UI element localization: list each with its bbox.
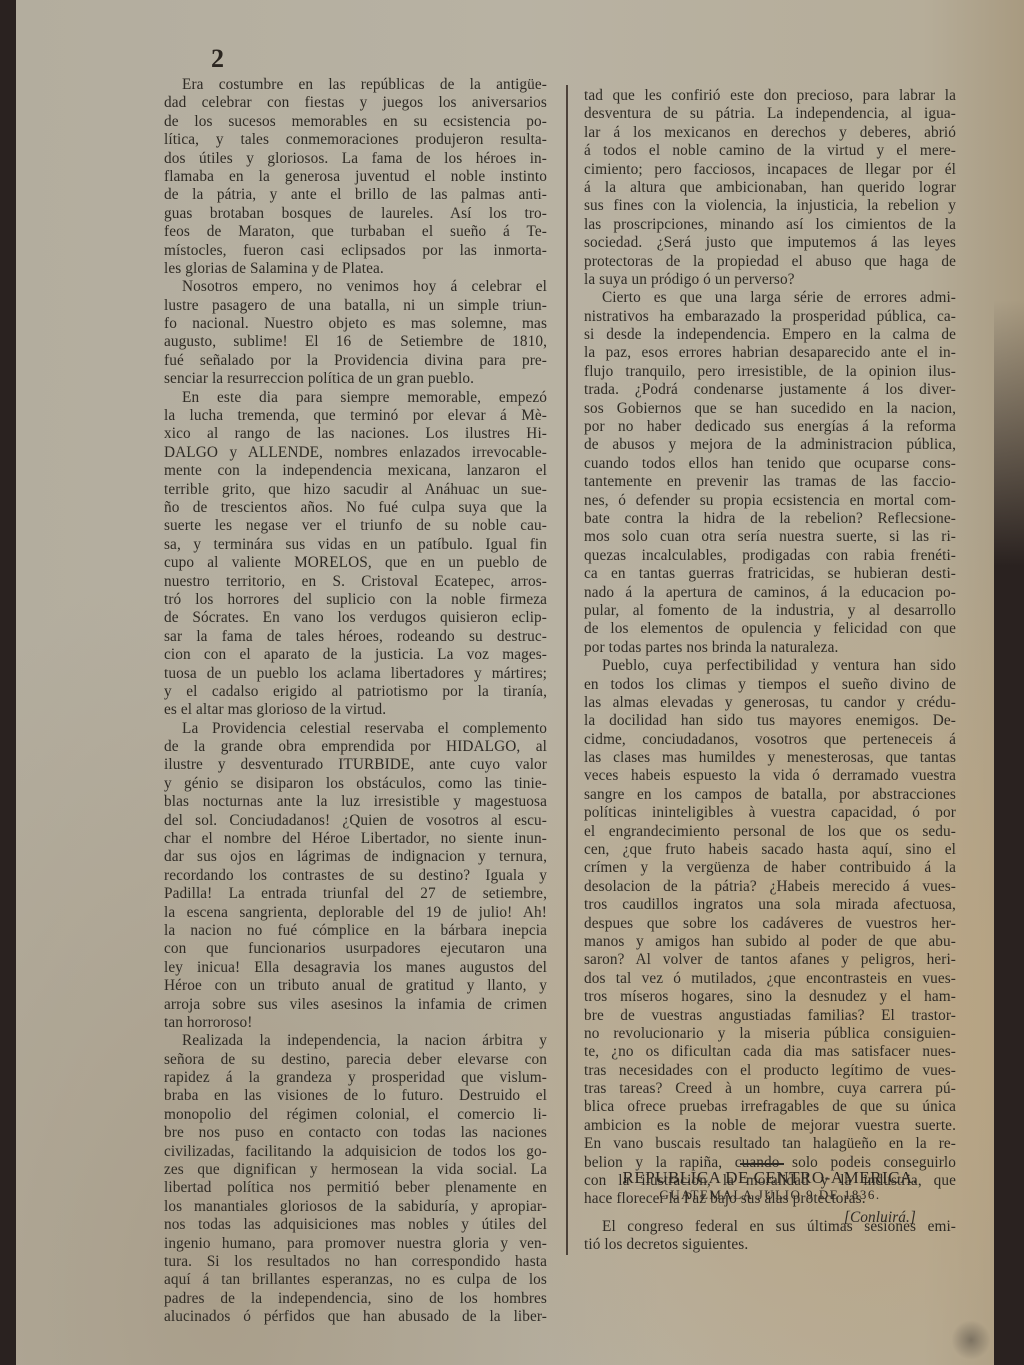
text-line: desventura de su pátria. La independenci… bbox=[584, 105, 956, 123]
text-line: tras tareas? Creed à un hombre, cuya car… bbox=[584, 1080, 956, 1098]
text-line: lítica, y tales conmemoraciones produjer… bbox=[164, 131, 547, 149]
text-line: si desde la independencia. Empero en la … bbox=[584, 326, 956, 344]
text-line: libertad política nos permitió beber ple… bbox=[164, 1179, 547, 1197]
text-line: políticas ininteligibles à vuestra capac… bbox=[584, 804, 956, 822]
text-line: ley inicua! Ella desagravia los manes au… bbox=[164, 959, 547, 977]
text-line: feos de Maraton, que turbaban el sueño á… bbox=[164, 223, 547, 241]
text-line: ño de trescientos años. No fué culpa suy… bbox=[164, 499, 547, 517]
text-line: de abusos y mejora de la administracion … bbox=[584, 436, 956, 454]
text-line: blica ofrece pruebas irrefragables de qu… bbox=[584, 1098, 956, 1116]
text-line: cimiento; pero facciosos, incapaces de l… bbox=[584, 161, 956, 179]
text-line: la nacion no fué cómplice en la bárbara … bbox=[164, 922, 547, 940]
text-line: rapidez á la grandeza y prosperidad que … bbox=[164, 1069, 547, 1087]
text-line: y génio se disiparon los obstáculos, com… bbox=[164, 775, 547, 793]
text-line: por no haber dedicado sus energías á la … bbox=[584, 418, 956, 436]
text-line: dar sus ojos en lágrimas de indignacion … bbox=[164, 848, 547, 866]
text-line: mos solo cuan otra sería nuestra suerte,… bbox=[584, 528, 956, 546]
text-line: guas brotaban bosques de laureles. Así l… bbox=[164, 205, 547, 223]
text-line: de la grande obra emprendida por HIDALGO… bbox=[164, 738, 547, 756]
text-line: despues que sobre los cadáveres de vuest… bbox=[584, 915, 956, 933]
text-line: nistrativos ha embarazado la prosperidad… bbox=[584, 308, 956, 326]
text-line: terrible grito, que hizo sacudir al Anáh… bbox=[164, 481, 547, 499]
column-rule bbox=[566, 85, 568, 1255]
text-line: padres de la independencia, sino de los … bbox=[164, 1290, 547, 1308]
right-column: tad que les confirió este don precioso, … bbox=[584, 87, 956, 1227]
text-line: suerte les negase ver el triunfo de su n… bbox=[164, 517, 547, 535]
text-line: char el nombre del Héroe Libertador, no … bbox=[164, 830, 547, 848]
text-line: sangre en los campos de batalla, por abs… bbox=[584, 786, 956, 804]
text-line: del sol. Conciudadanos! ¿Quien de vosotr… bbox=[164, 812, 547, 830]
text-line: tros míseros hogares, sino la desnudez y… bbox=[584, 988, 956, 1006]
text-line: mente con la independencia mexicana, lan… bbox=[164, 462, 547, 480]
text-line: ilustre y desventurado ITURBIDE, ante cu… bbox=[164, 756, 547, 774]
text-line: de los sucesos memorables en su ecsisten… bbox=[164, 113, 547, 131]
text-line: recordando los contrastes de su destino?… bbox=[164, 867, 547, 885]
text-line: de la pátria, y ante el brillo de las pa… bbox=[164, 186, 547, 204]
text-line: alucinados ó pérfidos que han abusado de… bbox=[164, 1308, 547, 1326]
text-line: tró los horrores del suplicio con la nob… bbox=[164, 591, 547, 609]
text-line: con que funcionarios usurpadores ejecuta… bbox=[164, 940, 547, 958]
text-line: sos Gobiernos que se han sucedido en la … bbox=[584, 400, 956, 418]
text-line: lar á los mexicanos en derechos y debere… bbox=[584, 124, 956, 142]
text-line: tura. Si los resultados no han correspon… bbox=[164, 1253, 547, 1271]
text-line: En vano buscais resultado tan halagüeño … bbox=[584, 1135, 956, 1153]
text-line: la suya un pródigo ó un perverso? bbox=[584, 271, 956, 289]
section-title: REPUBLICA DE CENTRO-AMERICA. bbox=[584, 1168, 956, 1188]
text-line: sar la fama de tales héroes, rodeando su… bbox=[164, 628, 547, 646]
text-line: te, ¿no os dificultan cada dia mas satis… bbox=[584, 1043, 956, 1061]
text-line: Era costumbre en las repúblicas de la an… bbox=[164, 76, 547, 94]
text-line: lustre pasagero de una batalla, ni un si… bbox=[164, 297, 547, 315]
text-line: protectoras de la propiedad el abuso que… bbox=[584, 253, 956, 271]
text-line: monopolio del régimen colonial, el comer… bbox=[164, 1106, 547, 1124]
text-line: cen, ¿que fruto habeis sacado hasta aquí… bbox=[584, 841, 956, 859]
text-line: nado á la apertura de caminos, á la educ… bbox=[584, 584, 956, 602]
text-line: el engrandecimiento personal de los que … bbox=[584, 823, 956, 841]
text-line: dad celebrar con fiestas y juegos los an… bbox=[164, 94, 547, 112]
text-line: los manantiales gloriosos de la sabidurí… bbox=[164, 1198, 547, 1216]
text-line: por todas partes nos brinda la naturalez… bbox=[584, 639, 956, 657]
text-line: flujo tranquilo, pero irresistible, de l… bbox=[584, 363, 956, 381]
text-line: senciar la resurreccion política de un g… bbox=[164, 370, 547, 388]
text-line: blas nocturnas ante la luz irresistible … bbox=[164, 793, 547, 811]
text-line: crímen y la vergüenza de haber contribui… bbox=[584, 859, 956, 877]
page-edge-shadow bbox=[994, 300, 1024, 1365]
text-line: en todos los climas y tiempos el sueño d… bbox=[584, 676, 956, 694]
text-line: ambicion es la noble de mejorar vuestra … bbox=[584, 1117, 956, 1135]
text-line: de Sócrates. En vano los verdugos quisie… bbox=[164, 609, 547, 627]
text-line: cion con el aparato de la justicia. La v… bbox=[164, 646, 547, 664]
text-line: tan horroroso! bbox=[164, 1014, 547, 1032]
text-line: bate contra la hidra de la rebelion? Ref… bbox=[584, 510, 956, 528]
text-line: El congreso federal en sus últimas sesio… bbox=[584, 1218, 956, 1236]
text-line: aquí á tan brillantes esperanzas, no es … bbox=[164, 1271, 547, 1289]
text-line: nos todas las adquisiciones mas nobles y… bbox=[164, 1216, 547, 1234]
text-line: sociedad. ¿Será justo que imputemos á la… bbox=[584, 234, 956, 252]
text-line: sus fines con la violencia, la injustici… bbox=[584, 197, 956, 215]
text-line: augusto, sublime! El 16 de Setiembre de … bbox=[164, 333, 547, 351]
text-line: En este dia para siempre memorable, empe… bbox=[164, 389, 547, 407]
text-line: tió los decretos siguientes. bbox=[584, 1236, 956, 1254]
text-line: veces habeis espuesto la vida ó derramad… bbox=[584, 767, 956, 785]
text-line: y el cadalso erigido al patriotismo por … bbox=[164, 683, 547, 701]
text-line: tad que les confirió este don precioso, … bbox=[584, 87, 956, 105]
text-line: les glorias de Salamina y de Platea. bbox=[164, 260, 547, 278]
text-line: místocles, fueron casi eclipsados por la… bbox=[164, 242, 547, 260]
text-line: cuando todos ellos han tenido que ocupar… bbox=[584, 455, 956, 473]
text-line: de los elementos de opulencia y felicida… bbox=[584, 620, 956, 638]
text-line: manos y amigos han subido al poder de qu… bbox=[584, 933, 956, 951]
text-line: DALGO y ALLENDE, nombres enlazados irrev… bbox=[164, 444, 547, 462]
text-line: la docilidad han sido tus mayores enemig… bbox=[584, 712, 956, 730]
text-line: nes, ó defender su propia ecsistencia en… bbox=[584, 492, 956, 510]
text-line: es el altar mas glorioso de la virtud. bbox=[164, 701, 547, 719]
text-line: nuestro territorio, en S. Cristoval Ecat… bbox=[164, 573, 547, 591]
text-line: Pueblo, cuya perfectibilidad y ventura h… bbox=[584, 657, 956, 675]
text-line: fo nacional. Nuestro objeto es mas solem… bbox=[164, 315, 547, 333]
text-line: Realizada la independencia, la nacion ár… bbox=[164, 1032, 547, 1050]
text-line: bre de vuestras angustiadas familias? El… bbox=[584, 1007, 956, 1025]
text-line: Héroe con un tributo anual de gratitud y… bbox=[164, 977, 547, 995]
text-line: saron? Al volver de tantos afanes y peli… bbox=[584, 951, 956, 969]
text-line: tuosa de un pueblo los aclama libertador… bbox=[164, 665, 547, 683]
text-line: zes que dignifican y hermosean la vida s… bbox=[164, 1161, 547, 1179]
text-line: señora de su destino, parecia deber elev… bbox=[164, 1051, 547, 1069]
text-line: las proscripciones, minando así los cimi… bbox=[584, 216, 956, 234]
section-dateline: GUATEMALA JULIO 9 DE 1836. bbox=[584, 1187, 956, 1203]
text-line: cidme, conciudadanos, vosotros que perte… bbox=[584, 731, 956, 749]
text-line: pular, al fomento de la industria, y al … bbox=[584, 602, 956, 620]
text-line: flamaba en la generosa juventud el noble… bbox=[164, 168, 547, 186]
text-line: Padilla! La entrada triunfal del 27 de s… bbox=[164, 885, 547, 903]
text-line: cupo al valiente MORELOS, que en un pueb… bbox=[164, 554, 547, 572]
text-line: la escena sangrienta, deplorable del 19 … bbox=[164, 904, 547, 922]
section-body: El congreso federal en sus últimas sesio… bbox=[584, 1218, 956, 1255]
text-line: ca en tantas guerras fratricidas, se hub… bbox=[584, 565, 956, 583]
text-line: Nosotros empero, no venimos hoy á celebr… bbox=[164, 278, 547, 296]
text-line: tantemente en prevenir las tramas de las… bbox=[584, 473, 956, 491]
text-line: tras necesidades con el producto legítim… bbox=[584, 1062, 956, 1080]
text-line: braba en las visiones de lo futuro. Dest… bbox=[164, 1087, 547, 1105]
page-number: 2 bbox=[211, 44, 224, 74]
text-line: dos útiles y gloriosos. La fama de los h… bbox=[164, 150, 547, 168]
text-line: quezas incalculables, prodigadas con rab… bbox=[584, 547, 956, 565]
text-line: trada. ¿Podrá condenarse justamente á lo… bbox=[584, 381, 956, 399]
text-line: bre nos puso en contacto con todas las n… bbox=[164, 1124, 547, 1142]
text-line: la lucha tremenda, que terminó por eleva… bbox=[164, 407, 547, 425]
left-column: Era costumbre en las repúblicas de la an… bbox=[164, 76, 547, 1327]
section-divider bbox=[740, 1163, 784, 1165]
text-line: Cierto es que una larga série de errores… bbox=[584, 289, 956, 307]
text-line: arroja sobre sus viles asesinos la infam… bbox=[164, 996, 547, 1014]
ink-stain bbox=[951, 1320, 991, 1360]
text-line: la paz, esos errores habrian desaparecid… bbox=[584, 344, 956, 362]
text-line: tros caudillos ingratos una sola mirada … bbox=[584, 896, 956, 914]
text-line: las clases mas humildes y menesterosas, … bbox=[584, 749, 956, 767]
text-line: ingenio humano, para promover nuestra gl… bbox=[164, 1235, 547, 1253]
text-line: dos tal vez ó mutilados, ¿que encontrast… bbox=[584, 970, 956, 988]
text-line: La Providencia celestial reservaba el co… bbox=[164, 720, 547, 738]
text-line: desolacion de la pátria? ¿Habeis merecid… bbox=[584, 878, 956, 896]
text-line: sa, y terminára sus vidas en un patíbulo… bbox=[164, 536, 547, 554]
text-line: xico al rango de las naciones. Los ilust… bbox=[164, 425, 547, 443]
text-line: á la altura que ambicionaban, han querid… bbox=[584, 179, 956, 197]
text-line: á todos el noble camino de la virtud y e… bbox=[584, 142, 956, 160]
text-line: las almas elevadas y generosas, tu cando… bbox=[584, 694, 956, 712]
text-line: fué señalado por la Providencia divina p… bbox=[164, 352, 547, 370]
text-line: no revolucionario y la miseria pública c… bbox=[584, 1025, 956, 1043]
text-line: civilizadas, facilitando la adquisicion … bbox=[164, 1143, 547, 1161]
